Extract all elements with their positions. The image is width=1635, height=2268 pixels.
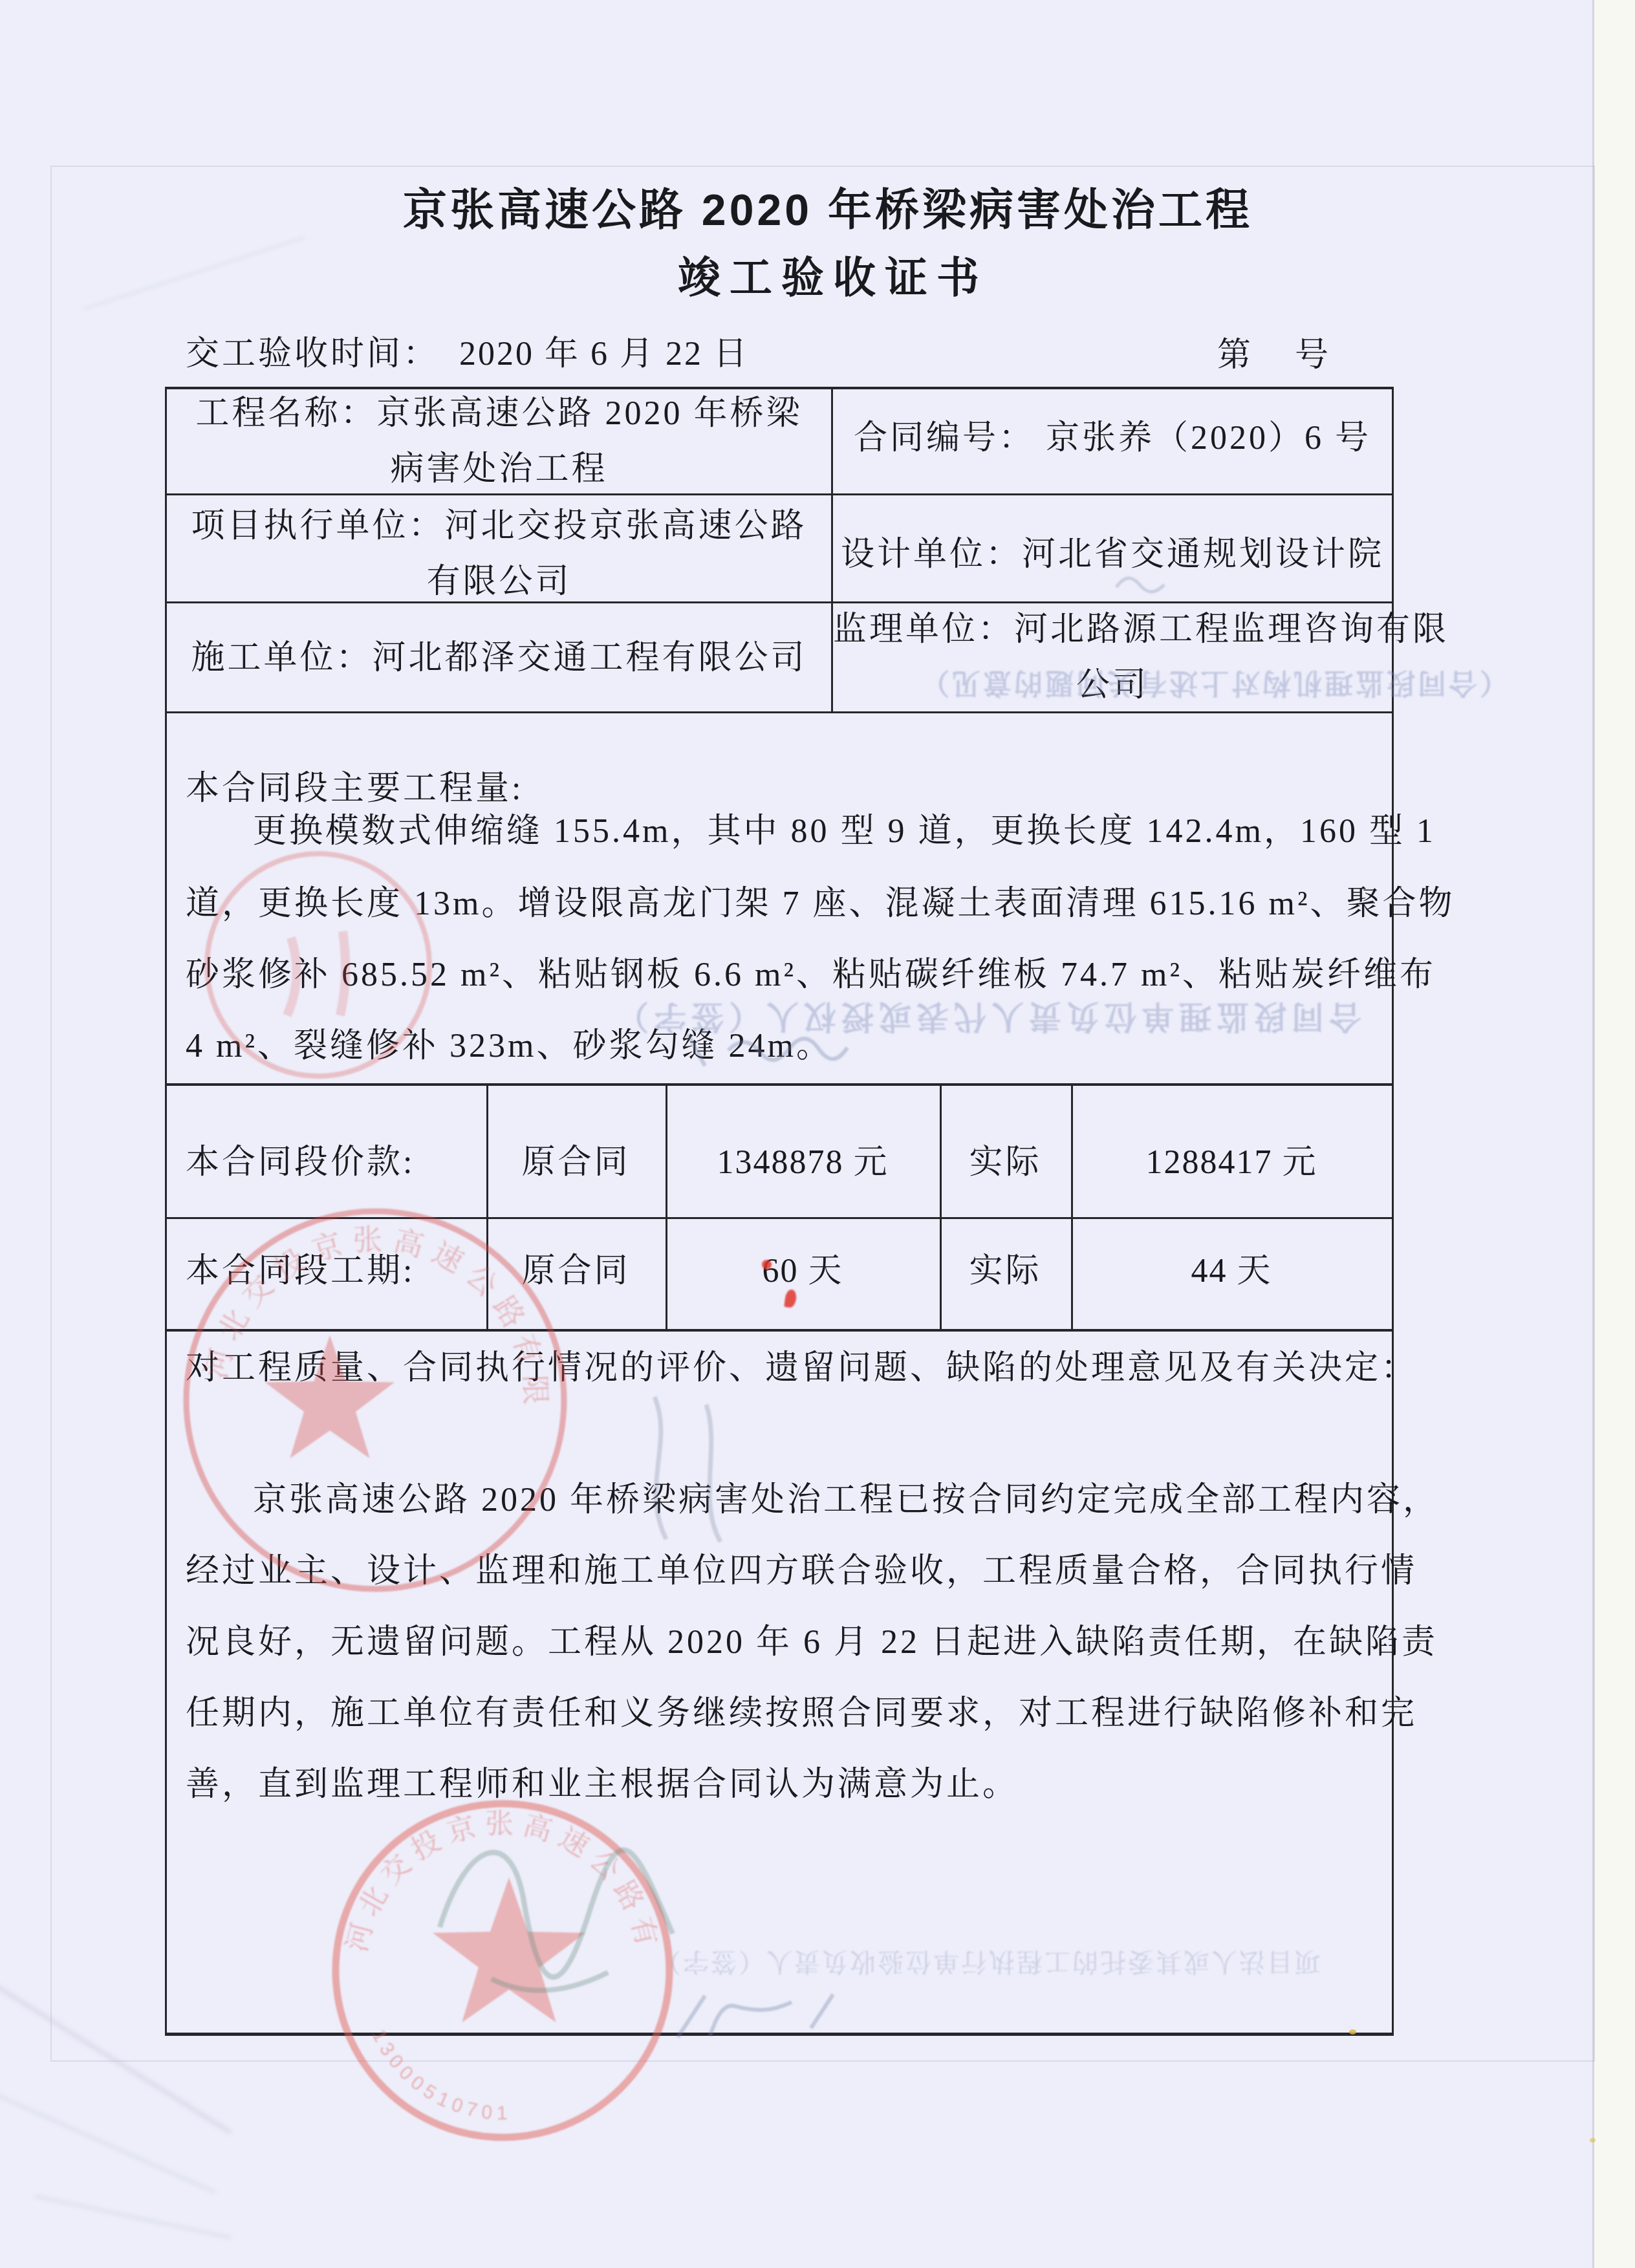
price-actual-value: 1288417 元 xyxy=(1071,1143,1392,1182)
price-original-value: 1348878 元 xyxy=(666,1143,940,1182)
ghost-text-owner-signature-line: 项目法人或其委托的工程执行单位验收负责人（签字） xyxy=(653,1945,1321,1982)
price-row-label: 本合同段价款: xyxy=(186,1143,415,1182)
amount-col-divider-2 xyxy=(666,1083,667,1329)
document-title-line1: 京张高速公路 2020 年桥梁病害处治工程 xyxy=(278,185,1378,235)
info-table-bottom-border xyxy=(165,711,1394,713)
scan-background-strip xyxy=(1594,0,1635,2268)
evaluation-line3: 况良好，无遗留问题。工程从 2020 年 6 月 22 日起进入缺陷责任期，在缺… xyxy=(186,1623,1438,1662)
contract-number: 合同编号： 京张养（2020）6 号 xyxy=(833,419,1392,458)
yellow-speck-2 xyxy=(1590,2138,1596,2143)
certificate-number-suffix: 号 xyxy=(1295,336,1328,375)
ghost-text-supervisor-signature-line: 合同段监理单位负责人代表或授权人（签字） xyxy=(611,996,1361,1042)
stamp-serial-number: 13000510701 xyxy=(367,2026,512,2124)
wrinkle-bottom-left-3 xyxy=(34,2194,231,2240)
ghost-text-supervision-opinion: （合同段监理机构对上述有关问题的意见） xyxy=(918,665,1508,706)
evaluation-line4: 任期内，施工单位有责任和义务继续按照合同要求，对工程进行缺陷修补和完 xyxy=(186,1694,1417,1733)
price-original-label: 原合同 xyxy=(486,1143,666,1182)
project-name-line1: 工程名称：京张高速公路 2020 年桥梁 xyxy=(167,394,831,433)
info-row-divider-1 xyxy=(165,493,1394,495)
table-top-border xyxy=(165,387,1394,389)
red-stamp-bottom-seal: 河北交投京张高速公路有限公司 13000510701 xyxy=(327,1795,679,2147)
supervision-unit-line1: 监理单位：河北路源工程监理咨询有限 xyxy=(833,610,1392,649)
amount-col-divider-3 xyxy=(940,1083,942,1329)
stamp-star-icon xyxy=(433,1877,585,2022)
acceptance-time-label: 交工验收时间： xyxy=(186,336,439,373)
construction-unit: 施工单位：河北都泽交通工程有限公司 xyxy=(167,639,831,678)
quantities-heading: 本合同段主要工程量: xyxy=(186,770,523,808)
executing-unit-line2: 有限公司 xyxy=(167,563,831,601)
stamp-star-icon xyxy=(265,1335,395,1458)
stamp-inner-smudge xyxy=(287,931,345,1015)
duration-actual-value: 44 天 xyxy=(1071,1252,1392,1291)
red-stamp-upper-partial xyxy=(194,841,453,1099)
red-stamp-company-seal: 河北交投京张高速公路有限公司 xyxy=(175,1200,576,1601)
price-actual-label: 实际 xyxy=(940,1143,1071,1182)
certificate-number-prefix: 第 xyxy=(1217,336,1251,375)
project-name-line2: 病害处治工程 xyxy=(167,450,831,489)
acceptance-time-row: 交工验收时间： 2020 年 6 月 22 日 xyxy=(186,335,749,374)
yellow-speck-1 xyxy=(1349,2029,1356,2035)
stamp-ring xyxy=(186,1211,564,1589)
amount-col-divider-4 xyxy=(1071,1083,1073,1329)
document-title-line2: 竣工验收证书 xyxy=(278,254,1388,303)
duration-original-value: 60 天 xyxy=(666,1252,940,1291)
table-left-border xyxy=(165,387,167,2035)
stamp-serial-textpath: 13000510701 xyxy=(367,2026,512,2124)
duration-actual-label: 实际 xyxy=(940,1252,1071,1291)
red-dot-mark xyxy=(762,1260,772,1269)
info-row-divider-2 xyxy=(165,601,1394,603)
scanned-certificate-page: 京张高速公路 2020 年桥梁病害处治工程 竣工验收证书 交工验收时间： 202… xyxy=(0,0,1635,2268)
executing-unit-line1: 项目执行单位：河北交投京张高速公路 xyxy=(167,507,831,546)
design-unit: 设计单位：河北省交通规划设计院 xyxy=(833,535,1392,574)
stamp-ring xyxy=(207,854,429,1076)
acceptance-time-value: 2020 年 6 月 22 日 xyxy=(459,336,749,373)
wrinkle-bottom-left-2 xyxy=(0,2091,217,2194)
